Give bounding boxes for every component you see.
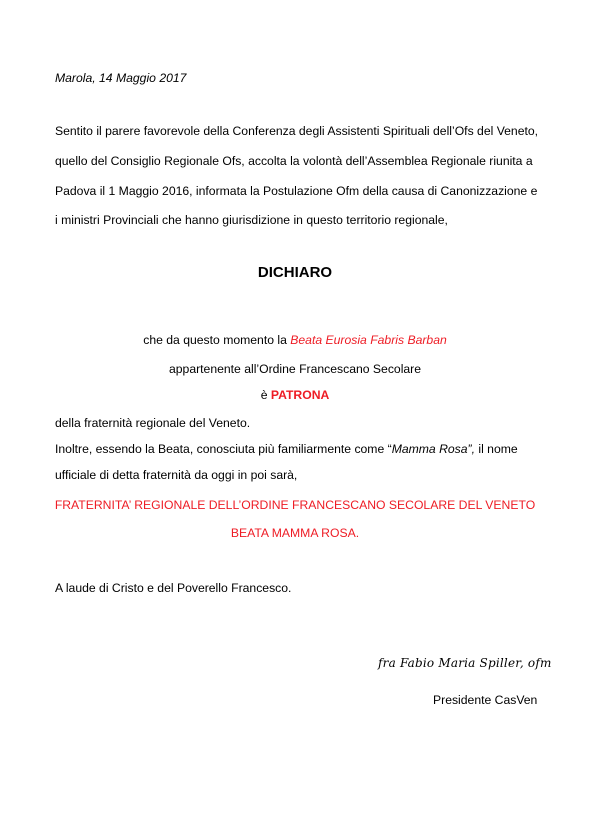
closing: A laude di Cristo e del Poverello France… [55,580,291,596]
intro-line: Padova il 1 Maggio 2016, informata la Po… [55,183,537,199]
after-line-2: Inoltre, essendo la Beata, conosciuta pi… [55,441,518,457]
heading-dichiaro: DICHIARO [0,265,590,281]
declaration-line-3: è PATRONA [0,387,590,403]
after-line-2-suffix: il nome [475,442,518,456]
place-date: Marola, 14 Maggio 2017 [55,70,186,86]
nickname: Mamma Rosa”, [392,442,475,456]
intro-line: quello del Consiglio Regionale Ofs, acco… [55,153,533,169]
patrona-emphasis: PATRONA [271,388,329,402]
official-name-line-2: BEATA MAMMA ROSA. [0,525,590,541]
beata-name: Beata Eurosia Fabris Barban [290,333,447,347]
after-line-2-prefix: Inoltre, essendo la Beata, conosciuta pi… [55,442,392,456]
after-line-1: della fraternità regionale del Veneto. [55,415,250,431]
signer-title: Presidente CasVen [433,692,537,708]
after-line-3: ufficiale di detta fraternità da oggi in… [55,467,297,483]
intro-line: Sentito il parere favorevole della Confe… [55,123,538,139]
declaration-line-2: appartenente all’Ordine Francescano Seco… [0,361,590,377]
intro-line: i ministri Provinciali che hanno giurisd… [55,212,448,228]
declaration-prefix: che da questo momento la [143,333,290,347]
declaration-line-1: che da questo momento la Beata Eurosia F… [0,332,590,348]
official-name-line-1: FRATERNITA’ REGIONALE DELL’ORDINE FRANCE… [0,497,590,513]
declaration-prefix: è [261,388,271,402]
signature: fra Fabio Maria Spiller, ofm [378,655,552,671]
